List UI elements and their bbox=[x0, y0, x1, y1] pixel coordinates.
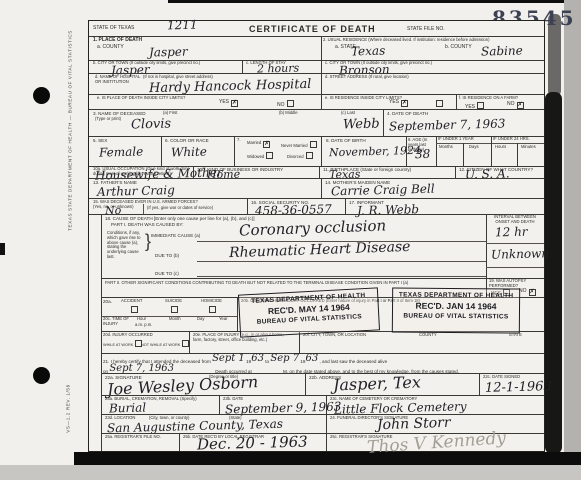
checkbox-married: ✗ bbox=[263, 141, 270, 148]
received-stamp-jan: TEXAS DEPARTMENT OF HEALTH REC'D. JAN 14… bbox=[392, 287, 520, 333]
not-while-at-work-label: NOT WHILE AT WORK bbox=[141, 343, 180, 347]
residence-limits-no bbox=[434, 100, 443, 109]
if-under-1-year-label: IF UNDER 1 YEAR bbox=[438, 137, 474, 142]
grid-line bbox=[345, 198, 346, 214]
grid-line bbox=[89, 178, 544, 179]
residence-limits-yes: YES✗ bbox=[389, 100, 408, 107]
county-of-death-label: a. COUNTY bbox=[97, 45, 124, 51]
grid-line bbox=[219, 395, 220, 414]
date-of-death-label: 4. DATE OF DEATH bbox=[387, 111, 428, 116]
homicide-box bbox=[207, 306, 216, 315]
checkbox-accident bbox=[131, 306, 138, 313]
autopsy-no: NO✗ bbox=[519, 289, 536, 296]
scan-left-notch bbox=[0, 243, 5, 255]
conditions-note: Conditions, if any, which gave rise to a… bbox=[107, 231, 145, 260]
yes-label: YES bbox=[389, 99, 399, 105]
attended-to-year: 63 bbox=[305, 353, 318, 364]
grid-line bbox=[89, 109, 544, 110]
checkbox-suicide bbox=[171, 306, 178, 313]
no-label: NO bbox=[277, 102, 285, 108]
street-address-label: d. STREET ADDRESS (If rural, give locati… bbox=[325, 75, 409, 80]
not-while-at-work: NOT WHILE AT WORK bbox=[141, 340, 189, 347]
grid-line bbox=[486, 243, 544, 244]
date-signed-value: 12-1-1963 bbox=[485, 379, 552, 396]
last-name-value: Webb bbox=[343, 117, 380, 133]
marital-widowed: Widowed bbox=[247, 152, 273, 160]
handwritten-number: 1211 bbox=[167, 18, 198, 33]
checkbox-farm-yes bbox=[477, 102, 484, 109]
death-limits-yes: YES✗ bbox=[219, 100, 238, 107]
month-label: Month bbox=[169, 317, 181, 322]
margin-department-text: TEXAS STATE DEPARTMENT OF HEALTH — BUREA… bbox=[68, 16, 73, 246]
while-at-work: WHILE AT WORK bbox=[103, 340, 142, 347]
yes-label: YES bbox=[219, 99, 229, 105]
grid-line bbox=[456, 94, 457, 109]
hours-label: Hours bbox=[495, 145, 506, 150]
grid-line bbox=[89, 136, 544, 137]
grid-line bbox=[436, 136, 437, 166]
homicide-label: HOMICIDE bbox=[201, 299, 222, 304]
interval-label: INTERVAL BETWEEN ONSET AND DEATH bbox=[489, 215, 541, 225]
residence-county-label: b. COUNTY bbox=[445, 45, 472, 51]
last-name-label: (c) Last bbox=[341, 111, 355, 116]
residence-state-value: Texas bbox=[351, 44, 386, 59]
part2-label: PART II. OTHER SIGNIFICANT CONDITIONS CO… bbox=[105, 281, 408, 286]
part1-label: PART I. DEATH WAS CAUSED BY: bbox=[111, 222, 184, 227]
accident-label: ACCIDENT bbox=[121, 299, 142, 304]
days-label: Days bbox=[469, 145, 479, 150]
divorced-label: Divorced bbox=[287, 154, 304, 159]
ampm-label: a.m. p.m. bbox=[135, 323, 152, 328]
grid-line bbox=[517, 143, 518, 166]
usual-residence-section-label: 2. USUAL RESIDENCE (Where deceased lived… bbox=[323, 38, 490, 43]
checkbox-farm-no: ✗ bbox=[517, 102, 524, 109]
checkbox-residence-limits-no bbox=[436, 100, 443, 107]
punch-hole-top bbox=[33, 87, 50, 104]
certify-text-2: , and last saw the deceased alive bbox=[319, 359, 387, 364]
name-note: (Type or print) bbox=[95, 117, 121, 122]
grid-line bbox=[319, 166, 320, 178]
grid-line bbox=[101, 278, 544, 279]
grid-line bbox=[101, 214, 102, 451]
marital-never-married: Never Married bbox=[281, 141, 317, 149]
registrars-file-no-label: 25a. REGISTRAR'S FILE NO. bbox=[105, 435, 161, 440]
certificate-form: STATE OF TEXAS 1211 CERTIFICATE OF DEATH… bbox=[88, 20, 545, 452]
marital-status-number: 7. bbox=[237, 138, 241, 143]
no-label: NO bbox=[507, 101, 515, 107]
cause-a-value: Coronary occlusion bbox=[239, 216, 387, 239]
cause-c-line bbox=[197, 276, 486, 277]
checkbox-homicide bbox=[209, 306, 216, 313]
grid-line bbox=[101, 353, 544, 354]
funeral-director-signature: John Storr bbox=[377, 415, 451, 434]
farm-no: NO✗ bbox=[507, 102, 524, 109]
widowed-label: Widowed bbox=[247, 154, 264, 159]
grid-line bbox=[383, 109, 384, 136]
grid-line bbox=[193, 166, 194, 178]
place-of-death-section-label: 1. PLACE OF DEATH bbox=[93, 38, 142, 44]
informant-value: J. R. Webb bbox=[357, 202, 419, 218]
scanned-death-certificate: TEXAS STATE DEPARTMENT OF HEALTH — BUREA… bbox=[0, 0, 581, 480]
cause-b-value: Rheumatic Heart Disease bbox=[229, 239, 411, 261]
marital-divorced: Divorced bbox=[287, 152, 313, 160]
grid-line bbox=[486, 267, 544, 268]
state-file-no-label: STATE FILE NO. bbox=[407, 27, 445, 33]
grid-line bbox=[406, 136, 407, 166]
scan-bottom-margin bbox=[0, 465, 581, 480]
punch-hole-bottom bbox=[33, 367, 50, 384]
if-under-24-hrs-label: IF UNDER 24 HRS. bbox=[493, 137, 530, 142]
certificate-title: CERTIFICATE OF DEATH bbox=[249, 24, 376, 34]
attended-from-year: 63 bbox=[251, 353, 264, 364]
first-name-value: Clovis bbox=[131, 116, 171, 132]
time-of-injury-label: 20c. TIME OF INJURY bbox=[103, 317, 133, 327]
grid-line bbox=[242, 60, 243, 73]
suicide-box bbox=[169, 306, 178, 315]
while-at-work-label: WHILE AT WORK bbox=[103, 343, 133, 347]
received-stamp-may: TEXAS DEPARTMENT OF HEALTH REC'D. MAY 14… bbox=[238, 287, 380, 337]
color-or-race-value: White bbox=[171, 145, 207, 160]
attended-to-value: Sep 7 bbox=[270, 353, 299, 364]
citizen-value: U. S. A. bbox=[465, 166, 510, 181]
physician-address-value: Jasper, Tex bbox=[333, 372, 421, 394]
attended-from-value: Sept 1 bbox=[212, 353, 245, 364]
interval-b-value: Unknown bbox=[491, 246, 549, 262]
stamp-line-date: REC'D. JAN 14 1964 bbox=[393, 300, 519, 311]
scan-edge-right-margin bbox=[564, 0, 581, 480]
checkbox-never-married bbox=[310, 141, 317, 148]
grid-line bbox=[189, 331, 190, 353]
grid-line bbox=[305, 373, 306, 395]
to-text: to bbox=[265, 359, 269, 364]
injury-county-label: COUNTY bbox=[419, 333, 437, 338]
checkbox-death-limits-no bbox=[287, 100, 294, 107]
grid-line bbox=[321, 136, 322, 166]
social-security-value: 458-36-0557 bbox=[255, 202, 332, 218]
stamp-line-bureau: BUREAU OF VITAL STATISTICS bbox=[393, 312, 519, 320]
year-label: Year bbox=[219, 317, 227, 322]
grid-line bbox=[101, 373, 544, 374]
fathers-name-value: Arthur Craig bbox=[97, 183, 175, 199]
cause-of-death-section-label: 18. CAUSE OF DEATH [Enter only one cause… bbox=[105, 216, 255, 221]
checkbox-residence-limits-yes: ✗ bbox=[401, 100, 408, 107]
checkbox-autopsy-no: ✗ bbox=[529, 289, 536, 296]
grid-line bbox=[463, 143, 464, 166]
margin-form-revision-text: VS—1.2 REV. 1/58 bbox=[66, 372, 71, 446]
scan-edge-right bbox=[545, 92, 562, 454]
grid-line bbox=[161, 136, 162, 166]
grid-line bbox=[491, 136, 492, 166]
checkbox-widowed bbox=[266, 152, 273, 159]
sex-label: 5. SEX bbox=[93, 138, 107, 143]
grid-line bbox=[143, 204, 144, 214]
hospital-name-label: d. NAME OF HOSPITAL OR INSTITUTION bbox=[95, 75, 141, 85]
grid-line bbox=[179, 433, 180, 451]
age-value: 38 bbox=[415, 147, 431, 161]
grid-line bbox=[486, 214, 487, 297]
date-of-birth-label: 8. DATE OF BIRTH bbox=[326, 138, 366, 143]
scan-edge-bottom bbox=[74, 452, 581, 465]
date-of-death-value: September 7, 1963 bbox=[389, 116, 506, 133]
death-inside-city-limits-label: e. IS PLACE OF DEATH INSIDE CITY LIMITS? bbox=[97, 96, 185, 101]
burial-date-label: 23b. DATE bbox=[223, 397, 243, 402]
mothers-maiden-name-value: Carrie Craig Bell bbox=[331, 182, 435, 199]
county-of-death-value: Jasper bbox=[149, 44, 188, 59]
grid-line bbox=[89, 214, 544, 215]
accident-box bbox=[129, 306, 138, 315]
grid-line bbox=[479, 373, 480, 395]
grid-line bbox=[326, 395, 327, 451]
due-to-b-label: DUE TO (b) bbox=[155, 253, 179, 258]
immediate-cause-label: IMMEDIATE CAUSE (a) bbox=[151, 233, 200, 238]
months-label: Months bbox=[439, 145, 453, 150]
due-to-c-label: DUE TO (c) bbox=[155, 271, 179, 276]
marital-married: Married✗ bbox=[247, 141, 270, 148]
minutes-label: Minutes bbox=[521, 145, 536, 150]
stamp-line-dept: TEXAS DEPARTMENT OF HEALTH bbox=[393, 291, 519, 299]
injury-state-label: STATE bbox=[509, 333, 522, 338]
suicide-label: SUICIDE bbox=[165, 299, 182, 304]
sex-value: Female bbox=[99, 144, 144, 159]
checkbox-divorced bbox=[306, 152, 313, 159]
middle-name-label: (b) Middle bbox=[279, 111, 298, 116]
grid-line bbox=[234, 136, 235, 166]
grid-line bbox=[247, 198, 248, 214]
armed-forces-note2: (If yes, give war or dates of service) bbox=[147, 206, 213, 211]
checkbox-death-limits-yes: ✗ bbox=[231, 100, 238, 107]
injury-occurred-label: 20d. INJURY OCCURRED bbox=[103, 333, 153, 338]
interval-a-value: 12 hr bbox=[495, 225, 528, 240]
never-married-label: Never Married bbox=[281, 143, 308, 148]
married-label: Married bbox=[247, 140, 261, 145]
color-or-race-label: 6. COLOR OR RACE bbox=[165, 138, 209, 143]
scan-edge-top bbox=[168, 0, 581, 3]
grid-line bbox=[455, 166, 456, 178]
brace-glyph: } bbox=[145, 231, 151, 252]
grid-line bbox=[321, 178, 322, 198]
cause-b-line bbox=[197, 261, 486, 262]
date-recd-value: Dec. 20 - 1963 bbox=[197, 433, 308, 454]
first-name-label: (a) First bbox=[163, 111, 177, 116]
kind-of-business-value: Home bbox=[207, 168, 240, 182]
state-of-texas-label: STATE OF TEXAS bbox=[93, 26, 134, 32]
day-label: Day bbox=[197, 317, 204, 322]
death-limits-no: NO bbox=[277, 100, 294, 109]
residence-county-value: Sabine bbox=[481, 43, 523, 58]
item-20a-number: 20a. bbox=[103, 299, 112, 304]
